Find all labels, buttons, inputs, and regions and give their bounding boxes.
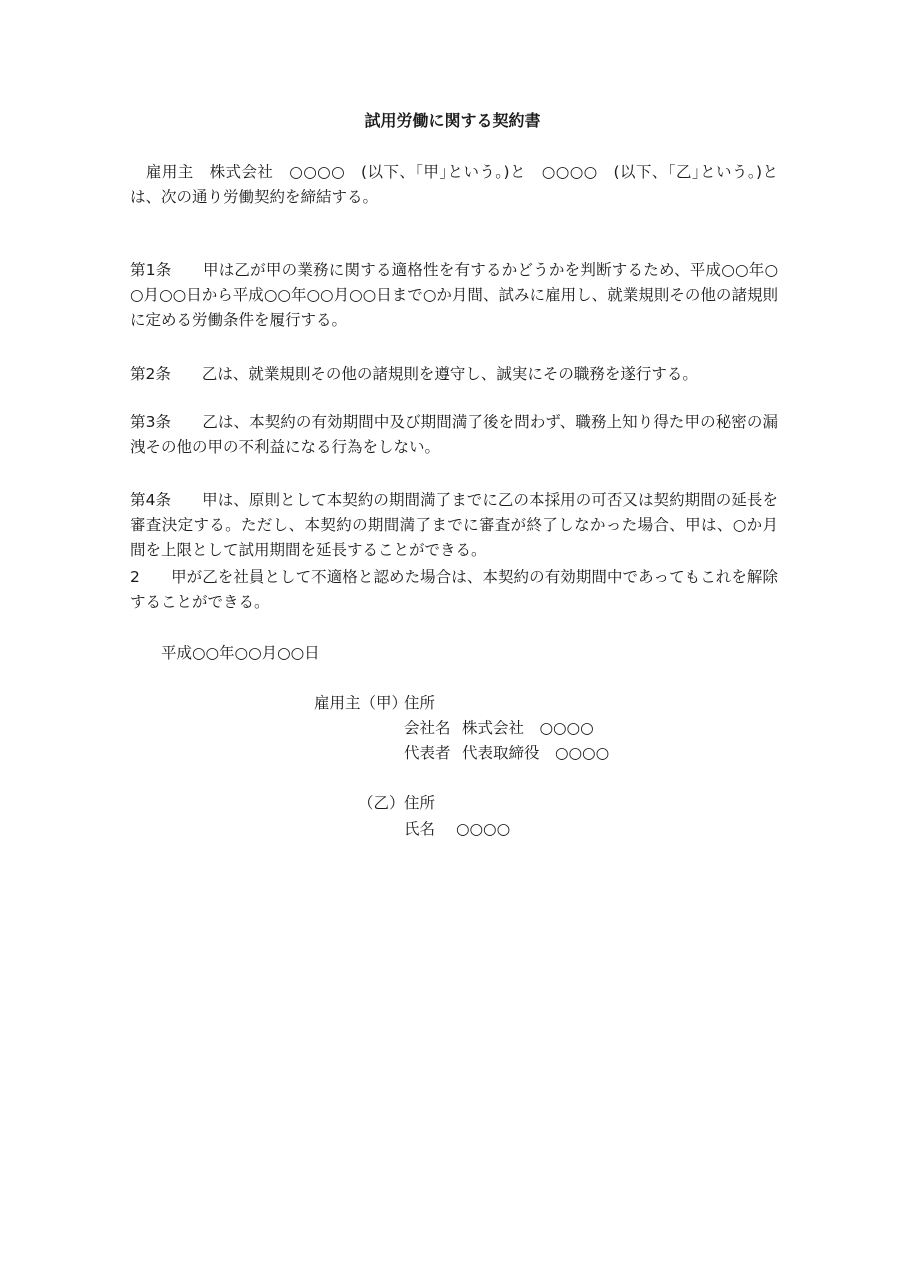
employee-role-label: （乙） [358, 791, 405, 816]
employer-address-label: 住所 [404, 691, 435, 716]
employer-rep-value: 代表取締役 ○○○○ [462, 741, 609, 766]
employer-rep-label: 代表者 [404, 741, 451, 766]
article-3: 第3条 乙は、本契約の有効期間中及び期間満了後を問わず、職務上知り得た甲の秘密の… [130, 410, 778, 460]
employer-company-value: 株式会社 ○○○○ [462, 716, 594, 741]
article-4: 第4条 甲は、原則として本契約の期間満了までに乙の本採用の可否又は契約期間の延長… [130, 488, 778, 563]
employee-name-value: ○○○○ [456, 817, 510, 842]
employer-role-label: 雇用主（甲） [314, 691, 407, 716]
document-page: 試用労働に関する契約書 雇用主 株式会社 ○○○○ (以下、｢甲｣という。)と … [0, 0, 905, 1280]
contract-date: 平成○○年○○月○○日 [161, 641, 320, 666]
employee-name-label: 氏名 [404, 817, 435, 842]
employee-address-label: 住所 [404, 791, 435, 816]
employer-company-label: 会社名 [404, 716, 451, 741]
intro-paragraph: 雇用主 株式会社 ○○○○ (以下、｢甲｣という。)と ○○○○ (以下、｢乙｣… [130, 160, 778, 210]
document-title: 試用労働に関する契約書 [0, 108, 905, 131]
article-1: 第1条 甲は乙が甲の業務に関する適格性を有するかどうかを判断するため、平成○○年… [130, 258, 778, 333]
article-2: 第2条 乙は、就業規則その他の諸規則を遵守し、誠実にその職務を遂行する。 [130, 362, 778, 387]
article-4-paragraph-2: 2 甲が乙を社員として不適格と認めた場合は、本契約の有効期間中であってもこれを解… [130, 565, 778, 615]
